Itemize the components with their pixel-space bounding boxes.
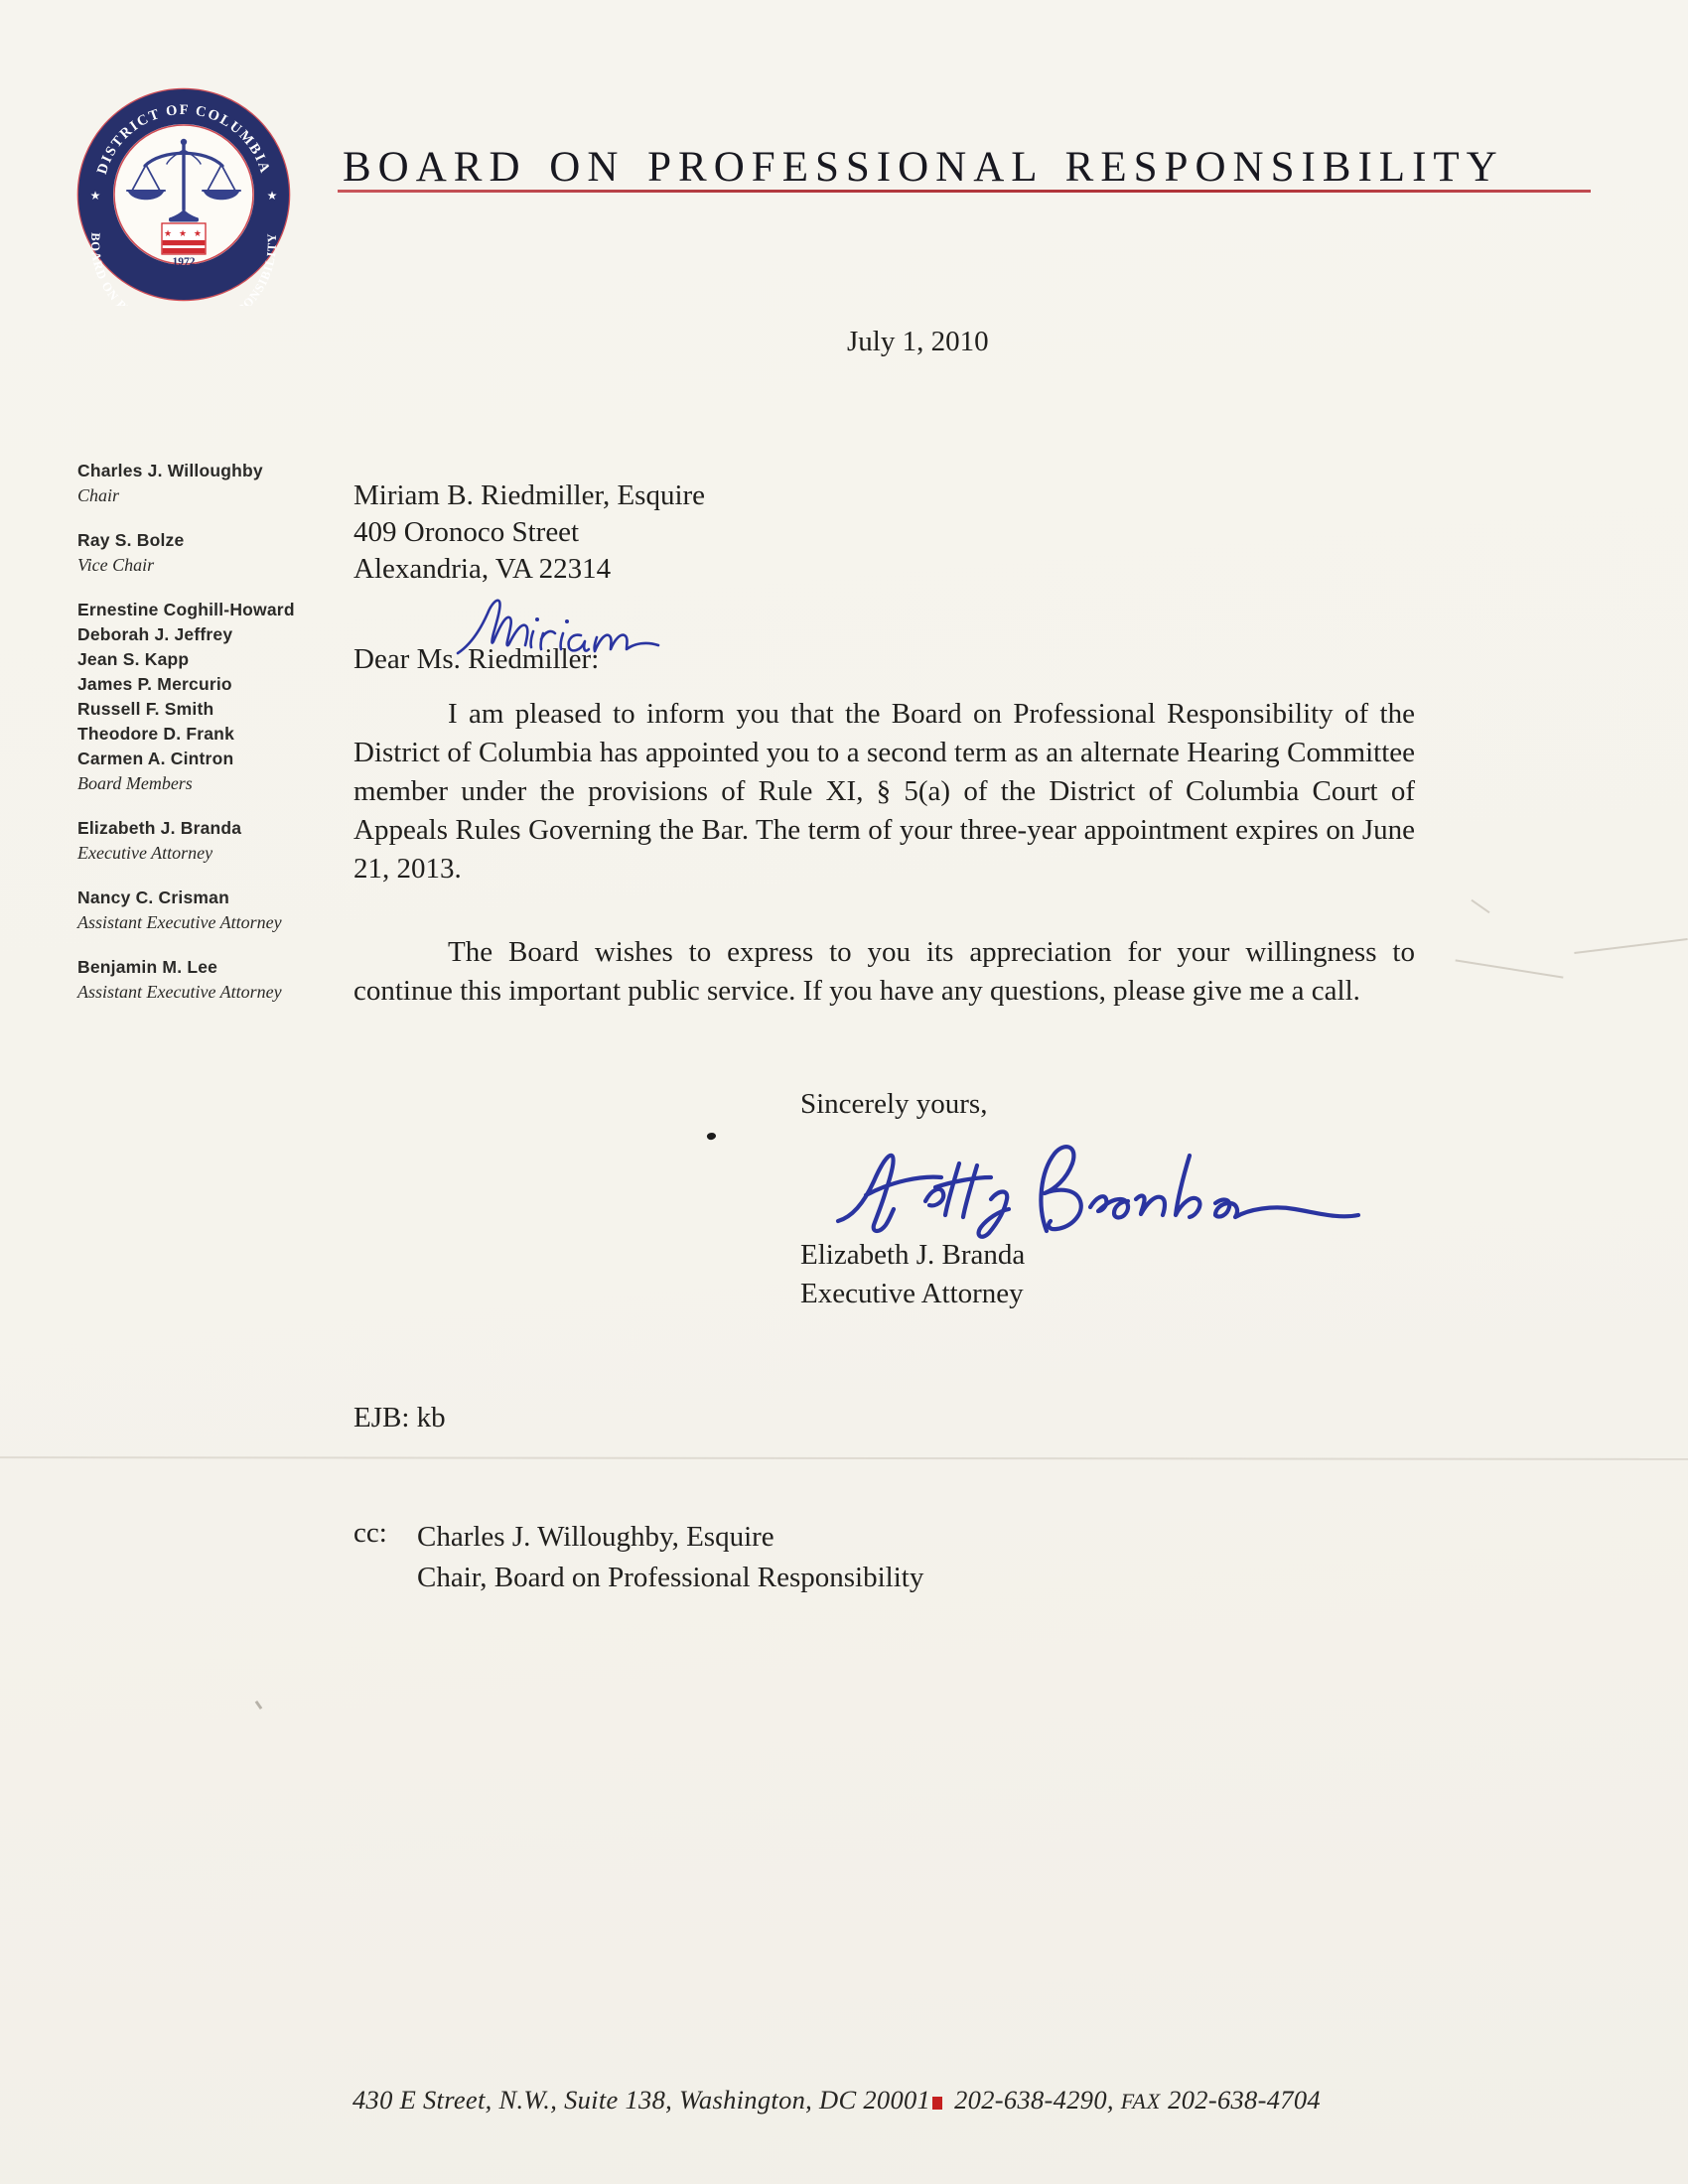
ink-speck-artifact [706, 1132, 717, 1141]
recipient-line: Alexandria, VA 22314 [353, 551, 705, 588]
scanned-letter-page: DISTRICT OF COLUMBIA BOARD ON PROFESSION… [0, 0, 1688, 2184]
footer-phone: 202-638-4290, [954, 2085, 1114, 2115]
masthead-rule [338, 190, 1591, 193]
signer-title: Executive Attorney [800, 1278, 1024, 1310]
recipient-line: Miriam B. Riedmiller, Esquire [353, 478, 705, 514]
red-square-separator-icon [932, 2097, 942, 2110]
board-seal-icon: DISTRICT OF COLUMBIA BOARD ON PROFESSION… [72, 83, 295, 306]
roster-group: Elizabeth J. Branda Executive Attorney [77, 816, 346, 865]
member-name: Russell F. Smith [77, 697, 346, 722]
footer-fax-number: 202-638-4704 [1168, 2085, 1321, 2115]
handwritten-signature [830, 1138, 1371, 1249]
member-title: Assistant Executive Attorney [77, 910, 346, 934]
member-title: Chair [77, 483, 346, 507]
seal-right-star-icon: ★ [267, 189, 278, 203]
cc-line: Charles J. Willoughby, Esquire [417, 1517, 923, 1558]
member-name: James P. Mercurio [77, 672, 346, 697]
member-name: Ray S. Bolze [77, 528, 346, 553]
pencil-smudge-artifact [1471, 899, 1489, 913]
body-paragraph: The Board wishes to express to you its a… [353, 933, 1415, 1011]
roster-group: Nancy C. Crisman Assistant Executive Att… [77, 886, 346, 934]
member-name: Benjamin M. Lee [77, 955, 346, 980]
member-name: Theodore D. Frank [77, 722, 346, 747]
pencil-smudge-artifact [1574, 938, 1687, 954]
dc-flag-icon: ★ ★ ★ [162, 223, 206, 254]
letter-date: July 1, 2010 [847, 326, 989, 358]
roster-group: Ernestine Coghill-Howard Deborah J. Jeff… [77, 598, 346, 795]
handwritten-miriam-annotation [452, 588, 665, 661]
member-name: Nancy C. Crisman [77, 886, 346, 910]
cc-block: cc: Charles J. Willoughby, Esquire Chair… [353, 1517, 923, 1598]
seal-left-star-icon: ★ [90, 189, 101, 203]
member-title: Assistant Executive Attorney [77, 980, 346, 1004]
roster-group: Charles J. Willoughby Chair [77, 459, 346, 507]
roster-group: Ray S. Bolze Vice Chair [77, 528, 346, 577]
member-title: Vice Chair [77, 553, 346, 577]
footer-fax-label: FAX [1121, 2089, 1161, 2114]
pencil-smudge-artifact [1456, 959, 1564, 978]
seal-year: 1972 [173, 256, 196, 268]
member-name: Elizabeth J. Branda [77, 816, 346, 841]
member-name: Ernestine Coghill-Howard [77, 598, 346, 622]
closing-phrase: Sincerely yours, [800, 1088, 987, 1121]
cc-label: cc: [353, 1517, 417, 1598]
signer-name: Elizabeth J. Branda [800, 1239, 1025, 1272]
paper-crease-artifact [0, 1456, 1688, 1460]
masthead-title: BOARD ON PROFESSIONAL RESPONSIBILITY [343, 146, 1623, 189]
body-paragraph: I am pleased to inform you that the Boar… [353, 695, 1415, 888]
member-name: Deborah J. Jeffrey [77, 622, 346, 647]
member-name: Charles J. Willoughby [77, 459, 346, 483]
footer-address-line: 430 E Street, N.W., Suite 138, Washingto… [352, 2085, 1445, 2116]
member-title: Executive Attorney [77, 841, 346, 865]
roster-group: Benjamin M. Lee Assistant Executive Atto… [77, 955, 346, 1004]
typist-reference-initials: EJB: kb [353, 1402, 446, 1434]
pencil-smudge-artifact [255, 1701, 263, 1709]
member-name: Jean S. Kapp [77, 647, 346, 672]
member-title: Board Members [77, 771, 346, 795]
dc-flag-stars: ★ ★ ★ [164, 229, 204, 239]
recipient-line: 409 Oronoco Street [353, 514, 705, 551]
board-roster-sidebar: Charles J. Willoughby Chair Ray S. Bolze… [77, 459, 346, 1024]
footer-address: 430 E Street, N.W., Suite 138, Washingto… [352, 2085, 930, 2115]
member-name: Carmen A. Cintron [77, 747, 346, 771]
letter-body: I am pleased to inform you that the Boar… [353, 695, 1415, 1011]
recipient-address-block: Miriam B. Riedmiller, Esquire 409 Oronoc… [353, 478, 705, 588]
cc-line: Chair, Board on Professional Responsibil… [417, 1558, 923, 1598]
